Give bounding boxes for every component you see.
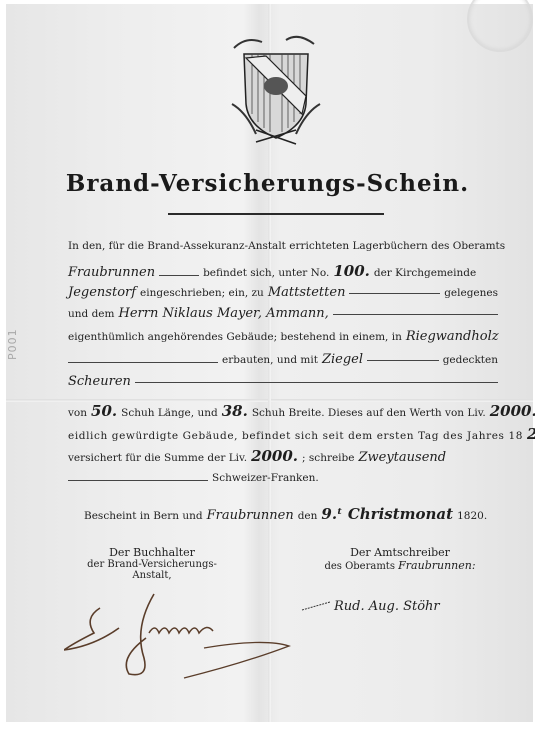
body-text: Bescheint in Bern und [84, 510, 203, 522]
crest-icon [226, 34, 326, 154]
body-text: In den, für die Brand-Assekuranz-Anstalt… [68, 240, 505, 252]
body-line-10: versichert für die Summe der Liv. 2000. … [68, 447, 498, 465]
signature-block-left: Der Buchhalter der Brand-Versicherungs-A… [72, 546, 232, 581]
body-text: befindet sich, unter No. [203, 267, 329, 279]
handwritten-number: 100. [333, 262, 370, 280]
title-divider [168, 213, 384, 215]
body-text: erbauten, und mit [222, 354, 318, 366]
body-line-12: Bescheint in Bern und Fraubrunnen den 9.… [84, 505, 514, 523]
handwritten-construction: Riegwandholz [406, 329, 499, 344]
body-text: 1820. [457, 510, 487, 522]
body-text: ; schreibe [302, 452, 354, 464]
signature-right-icon: Rud. Aug. Stöhr [300, 588, 510, 628]
body-line-4: und dem Herrn Niklaus Mayer, Ammann, [68, 306, 498, 321]
handwritten-oberamt: Fraubrunnen: [398, 559, 475, 572]
handwritten-date: 9.ᵗ Christmonat [321, 505, 453, 523]
body-text: gedeckten [443, 354, 498, 366]
handwritten-kirchgemeinde: Jegenstorf [68, 285, 136, 300]
body-text: der Kirchgemeinde [374, 267, 476, 279]
body-text: eidlich gewürdigte Gebäude, befindet sic… [68, 430, 523, 442]
body-text: von [68, 407, 87, 419]
handwritten-sum: 2000. [251, 447, 298, 465]
body-text: versichert für die Summe der Liv. [68, 452, 247, 464]
body-line-6: erbauten, und mit Ziegel gedeckten [68, 352, 498, 367]
handwritten-owner: Herrn Niklaus Mayer, Ammann, [118, 306, 328, 321]
signatory-title: Der Amtschreiber [300, 546, 500, 559]
handwritten-location: Mattstetten [268, 285, 346, 300]
body-text: Schuh Breite. Dieses auf den Werth von L… [252, 407, 486, 419]
body-line-8: von 50. Schuh Länge, und 38. Schuh Breit… [68, 402, 498, 420]
page-title: Brand-Versicherungs-Schein. [0, 170, 535, 197]
handwritten-oberamt: Fraubrunnen [68, 265, 155, 280]
body-text: gelegenes [444, 287, 498, 299]
body-line-11: Schweizer-Franken. [68, 472, 498, 484]
fill-line [367, 359, 439, 361]
handwritten-roofing: Ziegel [322, 352, 363, 367]
signatory-title: Der Buchhalter [72, 546, 232, 559]
body-line-7: Scheuren [68, 374, 498, 389]
signatory-subtitle: des Oberamts Fraubrunnen: [300, 559, 500, 572]
fill-line [349, 292, 440, 294]
handwritten-width: 38. [222, 402, 248, 420]
handwritten-place: Fraubrunnen [207, 508, 294, 523]
body-text: den [298, 510, 318, 522]
handwritten-value: 2000. [490, 402, 535, 420]
handwritten-length: 50. [91, 402, 117, 420]
signatory-subtitle: der Brand-Versicherungs-Anstalt, [72, 559, 232, 581]
body-text: Schweizer-Franken. [212, 472, 319, 484]
body-text: eingeschrieben; ein, zu [140, 287, 264, 299]
handwritten-sum-words: Zweytausend [358, 450, 446, 465]
signature-right-text: Rud. Aug. Stöhr [333, 599, 440, 614]
body-line-9: eidlich gewürdigte Gebäude, befindet sic… [68, 425, 498, 443]
signature-block-right: Der Amtschreiber des Oberamts Fraubrunne… [300, 546, 500, 572]
fill-line [68, 362, 218, 363]
fill-line [159, 275, 199, 276]
body-text: Schuh Länge, und [121, 407, 218, 419]
signatory-subtitle-text: des Oberamts [324, 561, 395, 572]
fill-line [135, 381, 498, 383]
body-line-2: Fraubrunnen befindet sich, unter No. 100… [68, 262, 498, 280]
body-line-1: In den, für die Brand-Assekuranz-Anstalt… [68, 240, 498, 252]
body-text: und dem [68, 308, 114, 320]
body-line-3: Jegenstorf eingeschrieben; ein, zu Matts… [68, 285, 498, 300]
fill-line [333, 313, 498, 315]
body-line-5: eigenthümlich angehörendes Gebäude; best… [68, 329, 498, 344]
handwritten-building-type: Scheuren [68, 374, 131, 389]
signature-left-icon [64, 588, 304, 698]
margin-note: P001 [6, 328, 19, 360]
body-text: eigenthümlich angehörendes Gebäude; best… [68, 331, 402, 343]
handwritten-year: 21, [527, 425, 535, 443]
fill-line [68, 480, 208, 481]
